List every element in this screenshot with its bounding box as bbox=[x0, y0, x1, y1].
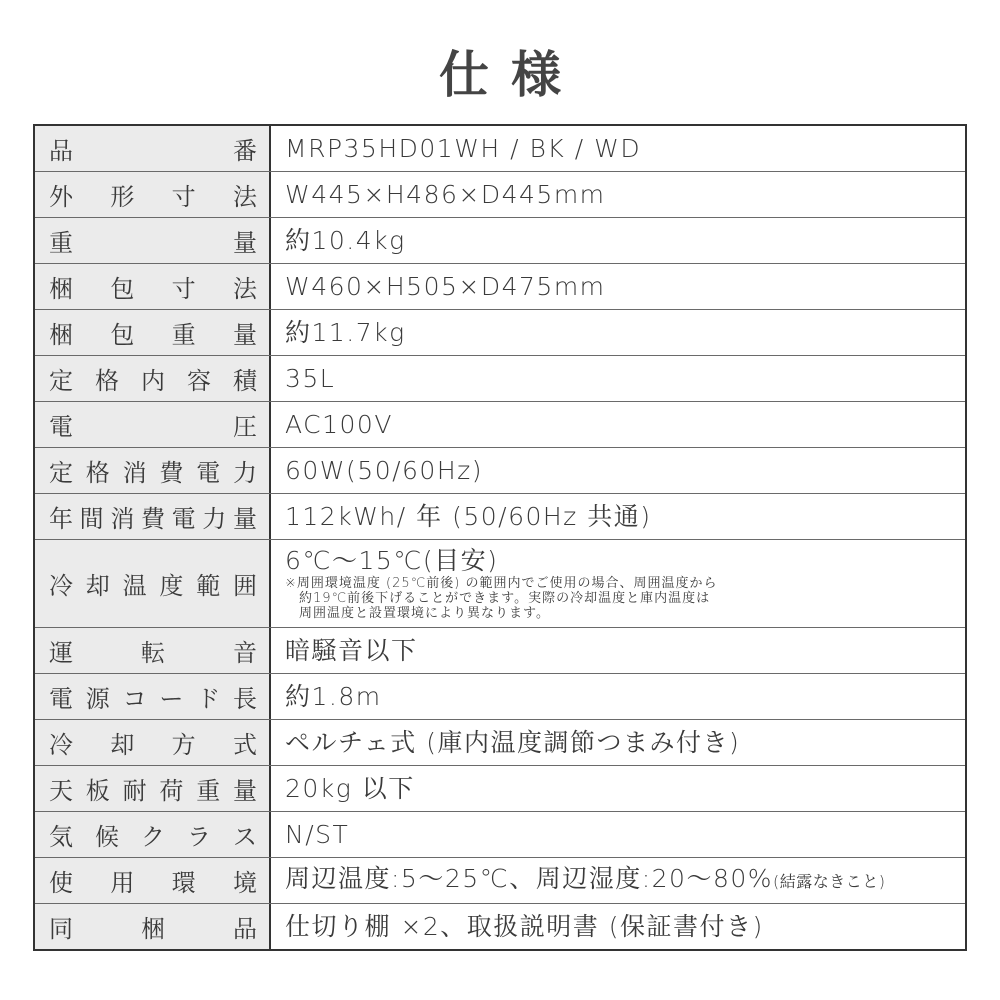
value-text: 約11.7kg bbox=[285, 318, 965, 348]
label-char: 耐 bbox=[123, 771, 147, 806]
spec-label: 運転音 bbox=[35, 628, 271, 673]
spec-label: 同梱品 bbox=[35, 904, 271, 949]
footnote-line: ※周囲環境温度 (25℃前後) の範囲内でご使用の場合、周囲温度から bbox=[285, 576, 965, 591]
spec-label: 品番 bbox=[35, 126, 271, 171]
value-text: 仕切り棚 ×2、取扱説明書 (保証書付き) bbox=[285, 912, 965, 942]
label-char: 冷 bbox=[49, 725, 73, 760]
spec-value: 仕切り棚 ×2、取扱説明書 (保証書付き) bbox=[271, 904, 965, 949]
spec-row-package-weight: 梱包重量 約11.7kg bbox=[35, 309, 965, 355]
spec-row-cooling-method: 冷却方式 ペルチェ式 (庫内温度調節つまみ付き) bbox=[35, 719, 965, 765]
page-title: 仕様 bbox=[0, 40, 1000, 110]
label-text: 冷却温度範囲 bbox=[49, 566, 257, 601]
spec-value: ペルチェ式 (庫内温度調節つまみ付き) bbox=[271, 720, 965, 765]
label-char: 消 bbox=[110, 499, 134, 534]
label-char: 電 bbox=[49, 407, 73, 442]
label-char: 電 bbox=[196, 453, 220, 488]
label-char: 消 bbox=[123, 453, 147, 488]
label-char: 量 bbox=[233, 771, 257, 806]
label-char: 境 bbox=[233, 863, 257, 898]
label-char: 梱 bbox=[141, 909, 165, 944]
label-text: 運転音 bbox=[49, 633, 257, 668]
spec-row-environment: 使用環境 周辺温度:5～25℃、周辺湿度:20～80%(結露なきこと) bbox=[35, 857, 965, 903]
label-text: 同梱品 bbox=[49, 909, 257, 944]
value-text: W460×H505×D475mm bbox=[285, 272, 965, 302]
label-char: 量 bbox=[233, 499, 257, 534]
label-char: 囲 bbox=[233, 566, 257, 601]
label-char: 年 bbox=[49, 499, 73, 534]
label-char: 環 bbox=[172, 863, 196, 898]
label-char: 費 bbox=[141, 499, 165, 534]
spec-value: 約10.4kg bbox=[271, 218, 965, 263]
spec-label: 重量 bbox=[35, 218, 271, 263]
label-char: 長 bbox=[233, 679, 257, 714]
label-char: 定 bbox=[49, 361, 73, 396]
spec-value: W460×H505×D475mm bbox=[271, 264, 965, 309]
spec-label: 年間消費電力量 bbox=[35, 494, 271, 539]
label-char: 温 bbox=[123, 566, 147, 601]
label-char: 範 bbox=[196, 566, 220, 601]
label-char: 積 bbox=[233, 361, 257, 396]
spec-row-package-dimensions: 梱包寸法 W460×H505×D475mm bbox=[35, 263, 965, 309]
label-text: 品番 bbox=[49, 131, 257, 166]
label-char: 却 bbox=[86, 566, 110, 601]
spec-value: AC100V bbox=[271, 402, 965, 447]
label-char: 費 bbox=[159, 453, 183, 488]
spec-row-dimensions: 外形寸法 W445×H486×D445mm bbox=[35, 171, 965, 217]
spec-value: MRP35HD01WH / BK / WD bbox=[271, 126, 965, 171]
value-text: 6℃～15℃(目安) bbox=[285, 546, 965, 576]
label-char: 源 bbox=[86, 679, 110, 714]
label-char: 度 bbox=[159, 566, 183, 601]
spec-value: N/ST bbox=[271, 812, 965, 857]
spec-value: 暗騒音以下 bbox=[271, 628, 965, 673]
value-text: 周辺温度:5～25℃、周辺湿度:20～80% bbox=[285, 864, 773, 893]
value-text: MRP35HD01WH / BK / WD bbox=[285, 134, 965, 164]
label-char: ス bbox=[233, 817, 257, 852]
label-text: 電源コード長 bbox=[49, 679, 257, 714]
label-char: 寸 bbox=[172, 177, 196, 212]
spec-label: 外形寸法 bbox=[35, 172, 271, 217]
spec-value: 35L bbox=[271, 356, 965, 401]
label-char: 定 bbox=[49, 453, 73, 488]
value-text: AC100V bbox=[285, 410, 965, 440]
spec-label: 冷却温度範囲 bbox=[35, 540, 271, 627]
spec-label: 天板耐荷重量 bbox=[35, 766, 271, 811]
label-char: 圧 bbox=[233, 407, 257, 442]
footnote-line: 周囲温度と設置環境により異なります。 bbox=[285, 606, 965, 621]
value-text: 約1.8m bbox=[285, 682, 965, 712]
label-char: 品 bbox=[49, 131, 73, 166]
label-char: 法 bbox=[233, 177, 257, 212]
label-char: 力 bbox=[202, 499, 226, 534]
spec-table: 品番 MRP35HD01WH / BK / WD 外形寸法 W445×H486×… bbox=[33, 124, 967, 951]
label-char: 天 bbox=[49, 771, 73, 806]
value-text: 暗騒音以下 bbox=[285, 636, 965, 666]
label-char: 気 bbox=[49, 817, 73, 852]
spec-value: 約11.7kg bbox=[271, 310, 965, 355]
spec-value: W445×H486×D445mm bbox=[271, 172, 965, 217]
label-char: 寸 bbox=[172, 269, 196, 304]
spec-row-annual-energy: 年間消費電力量 112kWh/ 年 (50/60Hz 共通) bbox=[35, 493, 965, 539]
label-char: 外 bbox=[49, 177, 73, 212]
label-char: 同 bbox=[49, 909, 73, 944]
spec-value: 約1.8m bbox=[271, 674, 965, 719]
value-text: 35L bbox=[285, 364, 965, 394]
spec-row-capacity: 定格内容積 35L bbox=[35, 355, 965, 401]
label-char: ー bbox=[159, 679, 183, 714]
label-char: 容 bbox=[187, 361, 211, 396]
label-char: 重 bbox=[172, 315, 196, 350]
label-char: 電 bbox=[172, 499, 196, 534]
label-text: 重量 bbox=[49, 223, 257, 258]
spec-value: 20kg 以下 bbox=[271, 766, 965, 811]
label-char: 内 bbox=[141, 361, 165, 396]
label-text: 天板耐荷重量 bbox=[49, 771, 257, 806]
value-text: 約10.4kg bbox=[285, 226, 965, 256]
value-text: W445×H486×D445mm bbox=[285, 180, 965, 210]
label-char: 重 bbox=[196, 771, 220, 806]
label-char: 使 bbox=[49, 863, 73, 898]
footnote-line: 約19℃前後下げることができます。実際の冷却温度と庫内温度は bbox=[285, 591, 965, 606]
value-text: 20kg 以下 bbox=[285, 774, 965, 804]
label-text: 使用環境 bbox=[49, 863, 257, 898]
value-suffix: (結露なきこと) bbox=[773, 872, 886, 891]
spec-label: 冷却方式 bbox=[35, 720, 271, 765]
label-text: 冷却方式 bbox=[49, 725, 257, 760]
spec-row-rated-power: 定格消費電力 60W(50/60Hz) bbox=[35, 447, 965, 493]
label-char: 用 bbox=[110, 863, 134, 898]
label-char: 板 bbox=[86, 771, 110, 806]
label-char: ク bbox=[141, 817, 165, 852]
label-char: 品 bbox=[233, 909, 257, 944]
value-text: 60W(50/60Hz) bbox=[285, 456, 965, 486]
label-char: 運 bbox=[49, 633, 73, 668]
spec-label: 電圧 bbox=[35, 402, 271, 447]
label-text: 年間消費電力量 bbox=[49, 499, 257, 534]
value-text: N/ST bbox=[285, 820, 965, 850]
label-char: 量 bbox=[233, 223, 257, 258]
label-char: 間 bbox=[80, 499, 104, 534]
label-text: 定格内容積 bbox=[49, 361, 257, 396]
label-char: コ bbox=[123, 679, 147, 714]
spec-label: 定格消費電力 bbox=[35, 448, 271, 493]
label-char: ラ bbox=[187, 817, 211, 852]
label-char: 転 bbox=[141, 633, 165, 668]
label-text: 電圧 bbox=[49, 407, 257, 442]
label-char: 電 bbox=[49, 679, 73, 714]
spec-row-cooling-range: 冷却温度範囲 6℃～15℃(目安) ※周囲環境温度 (25℃前後) の範囲内でご… bbox=[35, 539, 965, 627]
label-text: 梱包寸法 bbox=[49, 269, 257, 304]
spec-label: 梱包寸法 bbox=[35, 264, 271, 309]
label-char: 方 bbox=[172, 725, 196, 760]
value-text: ペルチェ式 (庫内温度調節つまみ付き) bbox=[285, 728, 965, 758]
value-line: 周辺温度:5～25℃、周辺湿度:20～80%(結露なきこと) bbox=[285, 864, 965, 897]
label-char: 包 bbox=[110, 315, 134, 350]
label-char: ド bbox=[196, 679, 220, 714]
spec-value: 112kWh/ 年 (50/60Hz 共通) bbox=[271, 494, 965, 539]
label-char: 梱 bbox=[49, 269, 73, 304]
value-text: 112kWh/ 年 (50/60Hz 共通) bbox=[285, 502, 965, 532]
label-text: 外形寸法 bbox=[49, 177, 257, 212]
spec-label: 使用環境 bbox=[35, 858, 271, 903]
label-char: 重 bbox=[49, 223, 73, 258]
label-char: 式 bbox=[233, 725, 257, 760]
spec-row-top-load: 天板耐荷重量 20kg 以下 bbox=[35, 765, 965, 811]
spec-label: 定格内容積 bbox=[35, 356, 271, 401]
label-char: 包 bbox=[110, 269, 134, 304]
spec-value: 6℃～15℃(目安) ※周囲環境温度 (25℃前後) の範囲内でご使用の場合、周… bbox=[271, 540, 965, 627]
spec-label: 気候クラス bbox=[35, 812, 271, 857]
label-char: 格 bbox=[86, 453, 110, 488]
spec-row-included-items: 同梱品 仕切り棚 ×2、取扱説明書 (保証書付き) bbox=[35, 903, 965, 949]
spec-row-noise: 運転音 暗騒音以下 bbox=[35, 627, 965, 673]
label-char: 量 bbox=[233, 315, 257, 350]
spec-row-model-number: 品番 MRP35HD01WH / BK / WD bbox=[35, 126, 965, 171]
label-char: 荷 bbox=[159, 771, 183, 806]
spec-row-weight: 重量 約10.4kg bbox=[35, 217, 965, 263]
spec-row-voltage: 電圧 AC100V bbox=[35, 401, 965, 447]
label-char: 法 bbox=[233, 269, 257, 304]
label-char: 番 bbox=[233, 131, 257, 166]
label-char: 却 bbox=[110, 725, 134, 760]
label-char: 音 bbox=[233, 633, 257, 668]
spec-row-cord-length: 電源コード長 約1.8m bbox=[35, 673, 965, 719]
label-text: 定格消費電力 bbox=[49, 453, 257, 488]
label-char: 力 bbox=[233, 453, 257, 488]
spec-label: 電源コード長 bbox=[35, 674, 271, 719]
label-char: 冷 bbox=[49, 566, 73, 601]
spec-value: 60W(50/60Hz) bbox=[271, 448, 965, 493]
spec-row-climate-class: 気候クラス N/ST bbox=[35, 811, 965, 857]
spec-value: 周辺温度:5～25℃、周辺湿度:20～80%(結露なきこと) bbox=[271, 858, 965, 903]
label-char: 格 bbox=[95, 361, 119, 396]
label-char: 候 bbox=[95, 817, 119, 852]
label-text: 梱包重量 bbox=[49, 315, 257, 350]
label-char: 形 bbox=[110, 177, 134, 212]
spec-label: 梱包重量 bbox=[35, 310, 271, 355]
label-char: 梱 bbox=[49, 315, 73, 350]
label-text: 気候クラス bbox=[49, 817, 257, 852]
